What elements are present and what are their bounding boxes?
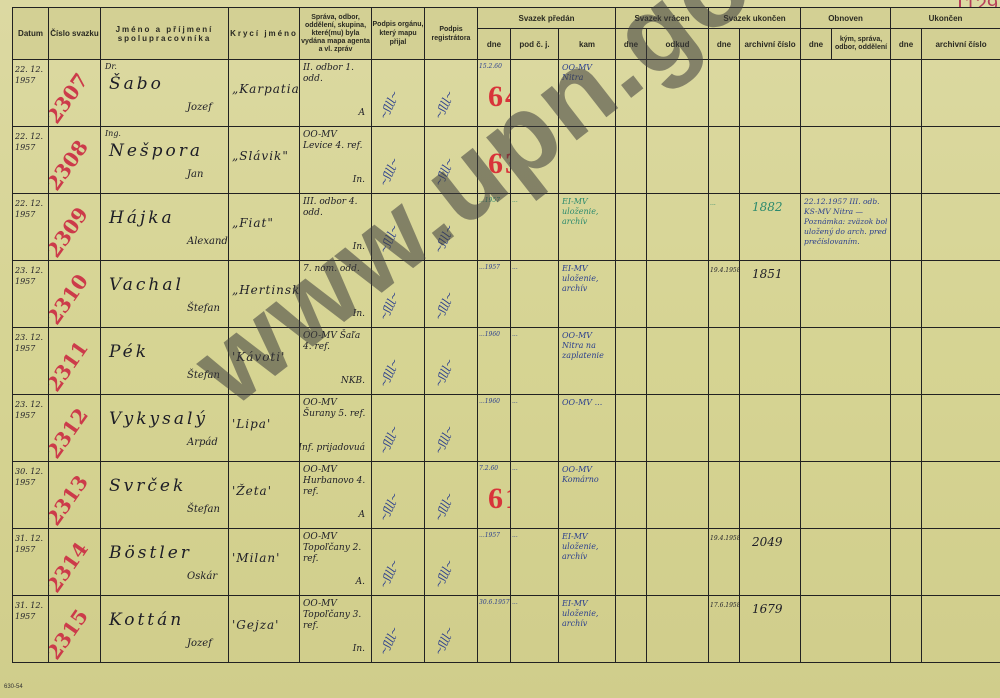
cell-podpis-organu: ~ʃɭɭɭ~ (372, 462, 425, 529)
cell-vracen-dne (616, 60, 647, 127)
cell-vracen-dne (616, 328, 647, 395)
cell-kryci-jmeno: 'Gejza' (229, 596, 300, 663)
stamp-number: 6375 (488, 147, 511, 181)
cell-obnoven (801, 529, 891, 596)
cell-vracen-dne (616, 395, 647, 462)
cell-archivni-cislo (740, 127, 801, 194)
cell-podpis-registratora: ~ʃɭɭɭ~ (425, 395, 478, 462)
signature-organ: ~ʃɭɭɭ~ (378, 290, 401, 322)
cell-ukoncen-dne: 19.4.1958 (709, 261, 740, 328)
cell-datum: ✓ 23. 12. 1957 (13, 328, 49, 395)
subheader-archivni-cislo-2: archivní číslo (922, 29, 1000, 60)
cell-datum: ✓ 30. 12. 1957 (13, 462, 49, 529)
cell-ukoncen2-dne (891, 529, 922, 596)
checkmark-icon: ✓ (13, 167, 15, 184)
cell-obnoven (801, 462, 891, 529)
cell-pod-cj: ... (511, 261, 559, 328)
signature-registrator: ~ʃɭɭɭ~ (433, 625, 456, 657)
cell-vracen-dne (616, 596, 647, 663)
header-kryci-jmeno: Krycí jméno (229, 8, 300, 60)
cell-kam: EI-MV uloženie, archív (559, 529, 616, 596)
cell-podpis-organu: ~ʃɭɭɭ~ (372, 60, 425, 127)
signature-organ: ~ʃɭɭɭ~ (378, 357, 401, 389)
cell-archivni-cislo (740, 462, 801, 529)
table-row: ✓ 31. 12. 1957 2315 Kottán Jozef 'Gejza'… (13, 596, 1000, 663)
cell-vracen-dne (616, 261, 647, 328)
cell-ukoncen-dne: 19.4.1958 (709, 529, 740, 596)
cell-podpis-registratora: ~ʃɭɭɭ~ (425, 127, 478, 194)
cell-kam (559, 127, 616, 194)
cell-kryci-jmeno: 'Kávoti' (229, 328, 300, 395)
checkmark-icon: ✓ (13, 301, 15, 318)
cell-sprava: OO-MV Levice 4. ref. In. (300, 127, 372, 194)
checkmark-icon: ✓ (13, 100, 15, 117)
cell-cislo-svazku: 2313 (49, 462, 101, 529)
cell-kryci-jmeno: 'Milan' (229, 529, 300, 596)
cell-archivni-cislo: 2049 (740, 529, 801, 596)
table-row: ✓ 22. 12. 1957 2309 Hájka Alexander „Fia… (13, 194, 1000, 261)
cell-pod-cj (511, 127, 559, 194)
signature-organ: ~ʃɭɭɭ~ (378, 424, 401, 456)
cell-cislo-svazku: 2311 (49, 328, 101, 395)
cell-pod-cj: ... (511, 328, 559, 395)
subheader-obnoven-dne: dne (801, 29, 832, 60)
cell-podpis-organu: ~ʃɭɭɭ~ (372, 395, 425, 462)
header-datum: Datum (13, 8, 49, 60)
signature-registrator: ~ʃɭɭɭ~ (433, 357, 456, 389)
cell-kam: OO-MV Nitra na zaplatenie (559, 328, 616, 395)
cell-podpis-registratora: ~ʃɭɭɭ~ (425, 261, 478, 328)
cell-obnoven (801, 60, 891, 127)
header-svazek-predan: Svazek předán (478, 8, 616, 29)
header-obnoven: Obnoven (801, 8, 891, 29)
cell-ukoncen2-dne (891, 261, 922, 328)
signature-registrator: ~ʃɭɭɭ~ (433, 491, 456, 523)
signature-organ: ~ʃɭɭɭ~ (378, 156, 401, 188)
cell-ukoncen2-dne (891, 194, 922, 261)
cell-podpis-organu: ~ʃɭɭɭ~ (372, 127, 425, 194)
header-cislo-svazku: Číslo svazku (49, 8, 101, 60)
signature-registrator: ~ʃɭɭɭ~ (433, 290, 456, 322)
cell-ukoncen2-archivni (922, 261, 1000, 328)
cell-vracen-dne (616, 194, 647, 261)
header-ukoncen: Ukončen (891, 8, 1000, 29)
cell-jmeno: Dr. Šabo Jozef (101, 60, 229, 127)
subheader-odkud: odkud (647, 29, 709, 60)
cell-sprava: OO-MV Topoľčany 3. ref. In. (300, 596, 372, 663)
cell-obnoven (801, 127, 891, 194)
cell-odkud (647, 596, 709, 663)
cell-sprava: II. odbor 1. odd. A (300, 60, 372, 127)
cell-odkud (647, 529, 709, 596)
cell-jmeno: Kottán Jozef (101, 596, 229, 663)
cell-odkud (647, 328, 709, 395)
cell-ukoncen-dne (709, 395, 740, 462)
cell-ukoncen2-dne (891, 127, 922, 194)
cell-odkud (647, 60, 709, 127)
cell-ukoncen-dne (709, 127, 740, 194)
cell-ukoncen2-archivni (922, 596, 1000, 663)
cell-datum: ✓ 22. 12. 1957 (13, 127, 49, 194)
cell-cislo-svazku: 2309 (49, 194, 101, 261)
cell-predan-dne: ...1960 (478, 328, 511, 395)
cell-archivni-cislo (740, 395, 801, 462)
cell-ukoncen-dne (709, 462, 740, 529)
cell-vracen-dne (616, 462, 647, 529)
cell-obnoven (801, 395, 891, 462)
checkmark-icon: ✓ (13, 502, 15, 519)
cell-datum: ✓ 23. 12. 1957 (13, 395, 49, 462)
header-jmeno: Jméno a příjmení spolupracovníka (101, 8, 229, 60)
cell-podpis-organu: ~ʃɭɭɭ~ (372, 529, 425, 596)
cell-pod-cj: ... (511, 596, 559, 663)
cell-sprava: OO-MV Topoľčany 2. ref. A. (300, 529, 372, 596)
table-row: ✓ 22. 12. 1957 2308 Ing. Nešpora Jan „Sl… (13, 127, 1000, 194)
cell-odkud (647, 261, 709, 328)
cell-obnoven (801, 328, 891, 395)
stamp-number: 6126 (488, 482, 511, 516)
ledger-page: 129 Datum Číslo svazku Jméno a příjmení … (0, 0, 1000, 698)
cell-sprava: OO-MV Šurany 5. ref. Inf. prijadovuá (300, 395, 372, 462)
signature-registrator: ~ʃɭɭɭ~ (433, 424, 456, 456)
cell-predan-dne: ...1960 (478, 395, 511, 462)
cell-odkud (647, 127, 709, 194)
stamp-number: 6495.- (488, 80, 511, 114)
cell-podpis-registratora: ~ʃɭɭɭ~ (425, 529, 478, 596)
cell-podpis-registratora: ~ʃɭɭɭ~ (425, 60, 478, 127)
cell-kam: EI-MV uloženie, archív (559, 261, 616, 328)
cell-predan-dne: ...1957 (478, 194, 511, 261)
signature-registrator: ~ʃɭɭɭ~ (433, 223, 456, 255)
header-podpis-registratora: Podpis registrátora (425, 8, 478, 60)
cell-kryci-jmeno: „Fiat" (229, 194, 300, 261)
cell-cislo-svazku: 2310 (49, 261, 101, 328)
cell-jmeno: Pék Štefan (101, 328, 229, 395)
form-code: 630-54 (4, 684, 23, 690)
cell-ukoncen2-dne (891, 462, 922, 529)
signature-registrator: ~ʃɭɭɭ~ (433, 558, 456, 590)
cell-archivni-cislo: 1679 (740, 596, 801, 663)
cell-cislo-svazku: 2312 (49, 395, 101, 462)
cell-ukoncen-dne: ... (709, 194, 740, 261)
cell-archivni-cislo (740, 60, 801, 127)
cell-predan-dne: ...1957 (478, 261, 511, 328)
table-row: ✓ 23. 12. 1957 2310 Vachal Štefan „Herti… (13, 261, 1000, 328)
cell-kam: EI-MV uloženie, archív (559, 596, 616, 663)
subheader-predan-dne: dne (478, 29, 511, 60)
cell-datum: ✓ 22. 12. 1957 (13, 194, 49, 261)
subheader-pod-cj: pod č. j. (511, 29, 559, 60)
header-svazek-ukoncen: Svazek ukončen (709, 8, 801, 29)
cell-ukoncen2-archivni (922, 194, 1000, 261)
cell-vracen-dne (616, 529, 647, 596)
cell-predan-dne: ...1957 (478, 529, 511, 596)
table-row: ✓ 31. 12. 1957 2314 Böstler Oskár 'Milan… (13, 529, 1000, 596)
cell-ukoncen2-dne (891, 60, 922, 127)
cell-podpis-organu: ~ʃɭɭɭ~ (372, 596, 425, 663)
subheader-kam: kam (559, 29, 616, 60)
table-row: ✓ 22. 12. 1957 2307 Dr. Šabo Jozef „Karp… (13, 60, 1000, 127)
cell-ukoncen2-dne (891, 328, 922, 395)
cell-ukoncen2-archivni (922, 462, 1000, 529)
cell-sprava: OO-MV Hurbanovo 4. ref. A (300, 462, 372, 529)
cell-pod-cj: ... (511, 395, 559, 462)
signature-organ: ~ʃɭɭɭ~ (378, 558, 401, 590)
checkmark-icon: ✓ (13, 569, 15, 586)
cell-podpis-registratora: ~ʃɭɭɭ~ (425, 462, 478, 529)
cell-kam: EI-MV uloženie, archív (559, 194, 616, 261)
subheader-vracen-dne: dne (616, 29, 647, 60)
header-podpis-organu: Podpis orgánu, který mapu přijal (372, 8, 425, 60)
cell-ukoncen2-archivni (922, 127, 1000, 194)
cell-jmeno: Böstler Oskár (101, 529, 229, 596)
cell-kryci-jmeno: 'Žeta' (229, 462, 300, 529)
cell-datum: ✓ 22. 12. 1957 (13, 60, 49, 127)
cell-kam: OO-MV ... (559, 395, 616, 462)
cell-kryci-jmeno: „Hertinský Št." (229, 261, 300, 328)
cell-podpis-registratora: ~ʃɭɭɭ~ (425, 194, 478, 261)
cell-pod-cj: ... (511, 194, 559, 261)
table-row: ✓ 30. 12. 1957 2313 Svrček Štefan 'Žeta'… (13, 462, 1000, 529)
cell-sprava: III. odbor 4. odd. In. (300, 194, 372, 261)
cell-vracen-dne (616, 127, 647, 194)
cell-cislo-svazku: 2307 (49, 60, 101, 127)
signature-registrator: ~ʃɭɭɭ~ (433, 156, 456, 188)
cell-predan-dne: 15.2.60 6495.- (478, 60, 511, 127)
cell-predan-dne: 6375 (478, 127, 511, 194)
checkmark-icon: ✓ (13, 435, 15, 452)
cell-ukoncen-dne (709, 328, 740, 395)
cell-jmeno: Svrček Štefan (101, 462, 229, 529)
checkmark-icon: ✓ (13, 368, 15, 385)
cell-kam: OO-MV Komárno (559, 462, 616, 529)
cell-ukoncen-dne (709, 60, 740, 127)
cell-ukoncen2-archivni (922, 328, 1000, 395)
cell-obnoven: 22.12.1957 III. odb. KS-MV Nitra — Pozná… (801, 194, 891, 261)
cell-podpis-registratora: ~ʃɭɭɭ~ (425, 328, 478, 395)
header-svazek-vracen: Svazek vrácen (616, 8, 709, 29)
cell-jmeno: Vachal Štefan (101, 261, 229, 328)
cell-ukoncen2-dne (891, 395, 922, 462)
cell-podpis-registratora: ~ʃɭɭɭ~ (425, 596, 478, 663)
cell-ukoncen2-archivni (922, 529, 1000, 596)
cell-predan-dne: 7.2.60 6126 (478, 462, 511, 529)
subheader-kym: kým, správa, odbor, oddělení (832, 29, 891, 60)
cell-pod-cj: ... (511, 529, 559, 596)
cell-jmeno: Vykysalý Arpád (101, 395, 229, 462)
cell-odkud (647, 194, 709, 261)
cell-predan-dne: 30.6.1957 (478, 596, 511, 663)
cell-kam: OO-MV Nitra (559, 60, 616, 127)
cell-datum: ✓ 31. 12. 1957 (13, 596, 49, 663)
cell-podpis-organu: ~ʃɭɭɭ~ (372, 261, 425, 328)
signature-organ: ~ʃɭɭɭ~ (378, 491, 401, 523)
signature-organ: ~ʃɭɭɭ~ (378, 625, 401, 657)
cell-ukoncen2-archivni (922, 60, 1000, 127)
register-table: Datum Číslo svazku Jméno a příjmení spol… (12, 7, 1000, 663)
cell-pod-cj (511, 60, 559, 127)
cell-kryci-jmeno: „Slávik" (229, 127, 300, 194)
cell-podpis-organu: ~ʃɭɭɭ~ (372, 328, 425, 395)
cell-kryci-jmeno: „Karpatia" (229, 60, 300, 127)
cell-odkud (647, 462, 709, 529)
signature-organ: ~ʃɭɭɭ~ (378, 223, 401, 255)
cell-odkud (647, 395, 709, 462)
cell-pod-cj: ... (511, 462, 559, 529)
cell-datum: ✓ 31. 12. 1957 (13, 529, 49, 596)
checkmark-icon: ✓ (13, 234, 15, 251)
cell-jmeno: Hájka Alexander (101, 194, 229, 261)
cell-sprava: 7. nom. odd. In. (300, 261, 372, 328)
cell-kryci-jmeno: 'Lipa' (229, 395, 300, 462)
table-row: ✓ 23. 12. 1957 2312 Vykysalý Arpád 'Lipa… (13, 395, 1000, 462)
cell-obnoven (801, 261, 891, 328)
checkmark-icon: ✓ (13, 636, 15, 653)
cell-datum: ✓ 23. 12. 1957 (13, 261, 49, 328)
subheader-archivni-cislo: archivní číslo (740, 29, 801, 60)
cell-ukoncen-dne: 17.6.1958 (709, 596, 740, 663)
subheader-ukoncen-dne: dne (709, 29, 740, 60)
cell-cislo-svazku: 2314 (49, 529, 101, 596)
signature-registrator: ~ʃɭɭɭ~ (433, 89, 456, 121)
table-row: ✓ 23. 12. 1957 2311 Pék Štefan 'Kávoti' … (13, 328, 1000, 395)
cell-archivni-cislo (740, 328, 801, 395)
cell-jmeno: Ing. Nešpora Jan (101, 127, 229, 194)
cell-archivni-cislo: 1882 (740, 194, 801, 261)
cell-cislo-svazku: 2315 (49, 596, 101, 663)
cell-podpis-organu: ~ʃɭɭɭ~ (372, 194, 425, 261)
cell-cislo-svazku: 2308 (49, 127, 101, 194)
cell-sprava: OO-MV Šaľa 4. ref. NKB. (300, 328, 372, 395)
header-sprava: Správa, odbor, oddělení, skupina, které(… (300, 8, 372, 60)
signature-organ: ~ʃɭɭɭ~ (378, 89, 401, 121)
cell-ukoncen2-archivni (922, 395, 1000, 462)
cell-obnoven (801, 596, 891, 663)
cell-archivni-cislo: 1851 (740, 261, 801, 328)
subheader-ukoncen2-dne: dne (891, 29, 922, 60)
cell-ukoncen2-dne (891, 596, 922, 663)
